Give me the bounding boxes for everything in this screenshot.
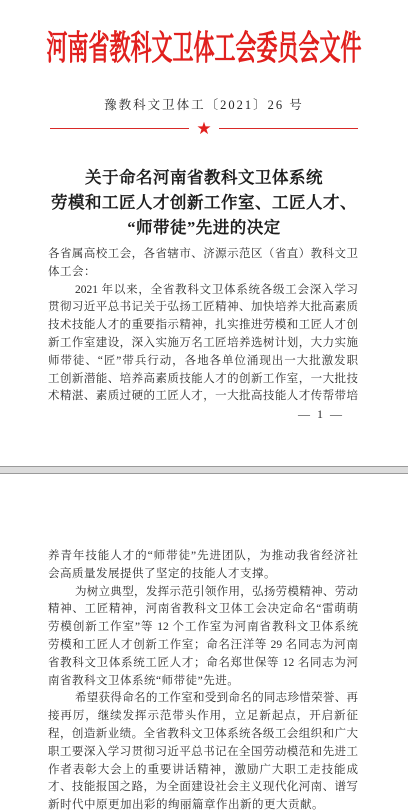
recipient-line: 体工会： — [48, 264, 358, 282]
body-line: 2021 年以来，全省教科文卫体系统各级工会深入学习 — [48, 282, 358, 300]
body-line: 术精湛、素质过硬的工匠人才，一大批高技能人才传帮带培 — [48, 388, 358, 406]
body-line: 希望获得命名的工作室和受到命名的同志珍惜荣誉、再 — [48, 690, 358, 708]
page-number: — 1 — — [48, 406, 358, 424]
body-line: 新工作室建设，深入实施万名工匠培养选树计划，大力实施 — [48, 335, 358, 353]
body-line: 精神、工匠精神，河南省教科文卫体工会决定命名“雷萌萌 — [48, 601, 358, 619]
title-line: 关于命名河南省教科文卫体系统 — [0, 165, 408, 190]
body-line: 劳模创新工作室”等 12 个工作室为河南省教科文卫体系统 — [48, 619, 358, 637]
body-line: 作者表彰大会上的重要讲话精神，激励广大职工走技能成 — [48, 762, 358, 780]
body-line: 为树立典型，发挥示范引领作用，弘扬劳模精神、劳动 — [48, 584, 358, 602]
body-line: 养青年技能人才的“师带徒”先进团队，为推动我省经济社 — [48, 548, 358, 566]
recipient-line: 各省属高校工会，各省辖市、济源示范区（省直）教科文卫 — [48, 246, 358, 264]
body-line: 劳模和工匠人才创新工作室；命名汪洋等 29 名同志为河南 — [48, 637, 358, 655]
star-divider: ★ — [50, 119, 358, 137]
divider-line-right — [219, 128, 358, 129]
body-line: 贯彻习近平总书记关于弘扬工匠精神、加快培养大批高素质 — [48, 299, 358, 317]
body-line: 技术技能人才的重要指示精神，扎实推进劳模和工匠人才创 — [48, 317, 358, 335]
body-line: 省教科文卫体系统工匠人才；命名郑世保等 12 名同志为河 — [48, 655, 358, 673]
body-line: 新时代中原更加出彩的绚丽篇章作出新的更大贡献。 — [48, 797, 358, 810]
document-viewer: 河南省教科文卫体工会委员会文件 豫教科文卫体工〔2021〕26 号 ★ 关于命名… — [0, 0, 408, 810]
document-title: 关于命名河南省教科文卫体系统 劳模和工匠人才创新工作室、工匠人才、 “师带徒”先… — [0, 165, 408, 240]
divider-line-left — [50, 128, 189, 129]
title-line: 劳模和工匠人才创新工作室、工匠人才、 — [0, 190, 408, 215]
body-line: 接再厉，继续发挥示范带头作用，立足新起点，开启新征 — [48, 708, 358, 726]
page1-body: 各省属高校工会，各省辖市、济源示范区（省直）教科文卫 体工会： 2021 年以来… — [48, 246, 358, 424]
red-header-org-title: 河南省教科文卫体工会委员会文件 — [0, 16, 408, 78]
body-line: 职工要深入学习贯彻习近平总书记在全国劳动模范和先进工 — [48, 744, 358, 762]
body-line: 南省教科文卫体系统“师带徒”先进。 — [48, 673, 358, 691]
body-line: 才、技能报国之路，为全面建设社会主义现代化河南、谱写 — [48, 779, 358, 797]
document-page-2: 养青年技能人才的“师带徒”先进团队，为推动我省经济社 会高质量发展提供了坚定的技… — [0, 474, 408, 810]
body-line: 师带徒、“匠”带兵行动，各地各单位涌现出一大批激发职 — [48, 353, 358, 371]
page2-body: 养青年技能人才的“师带徒”先进团队，为推动我省经济社 会高质量发展提供了坚定的技… — [48, 548, 358, 810]
document-page-1: 河南省教科文卫体工会委员会文件 豫教科文卫体工〔2021〕26 号 ★ 关于命名… — [0, 0, 408, 466]
doc-number: 豫教科文卫体工〔2021〕26 号 — [0, 95, 408, 113]
body-line: 会高质量发展提供了坚定的技能人才支撑。 — [48, 566, 358, 584]
star-icon: ★ — [189, 120, 218, 137]
body-line: 程，创造新业绩。全省教科文卫体系统各级工会组织和广大 — [48, 726, 358, 744]
body-line: 工创新潜能、培养高素质技能人才的创新工作室，一大批技 — [48, 371, 358, 389]
title-line: “师带徒”先进的决定 — [0, 215, 408, 240]
page-separator — [0, 466, 408, 474]
